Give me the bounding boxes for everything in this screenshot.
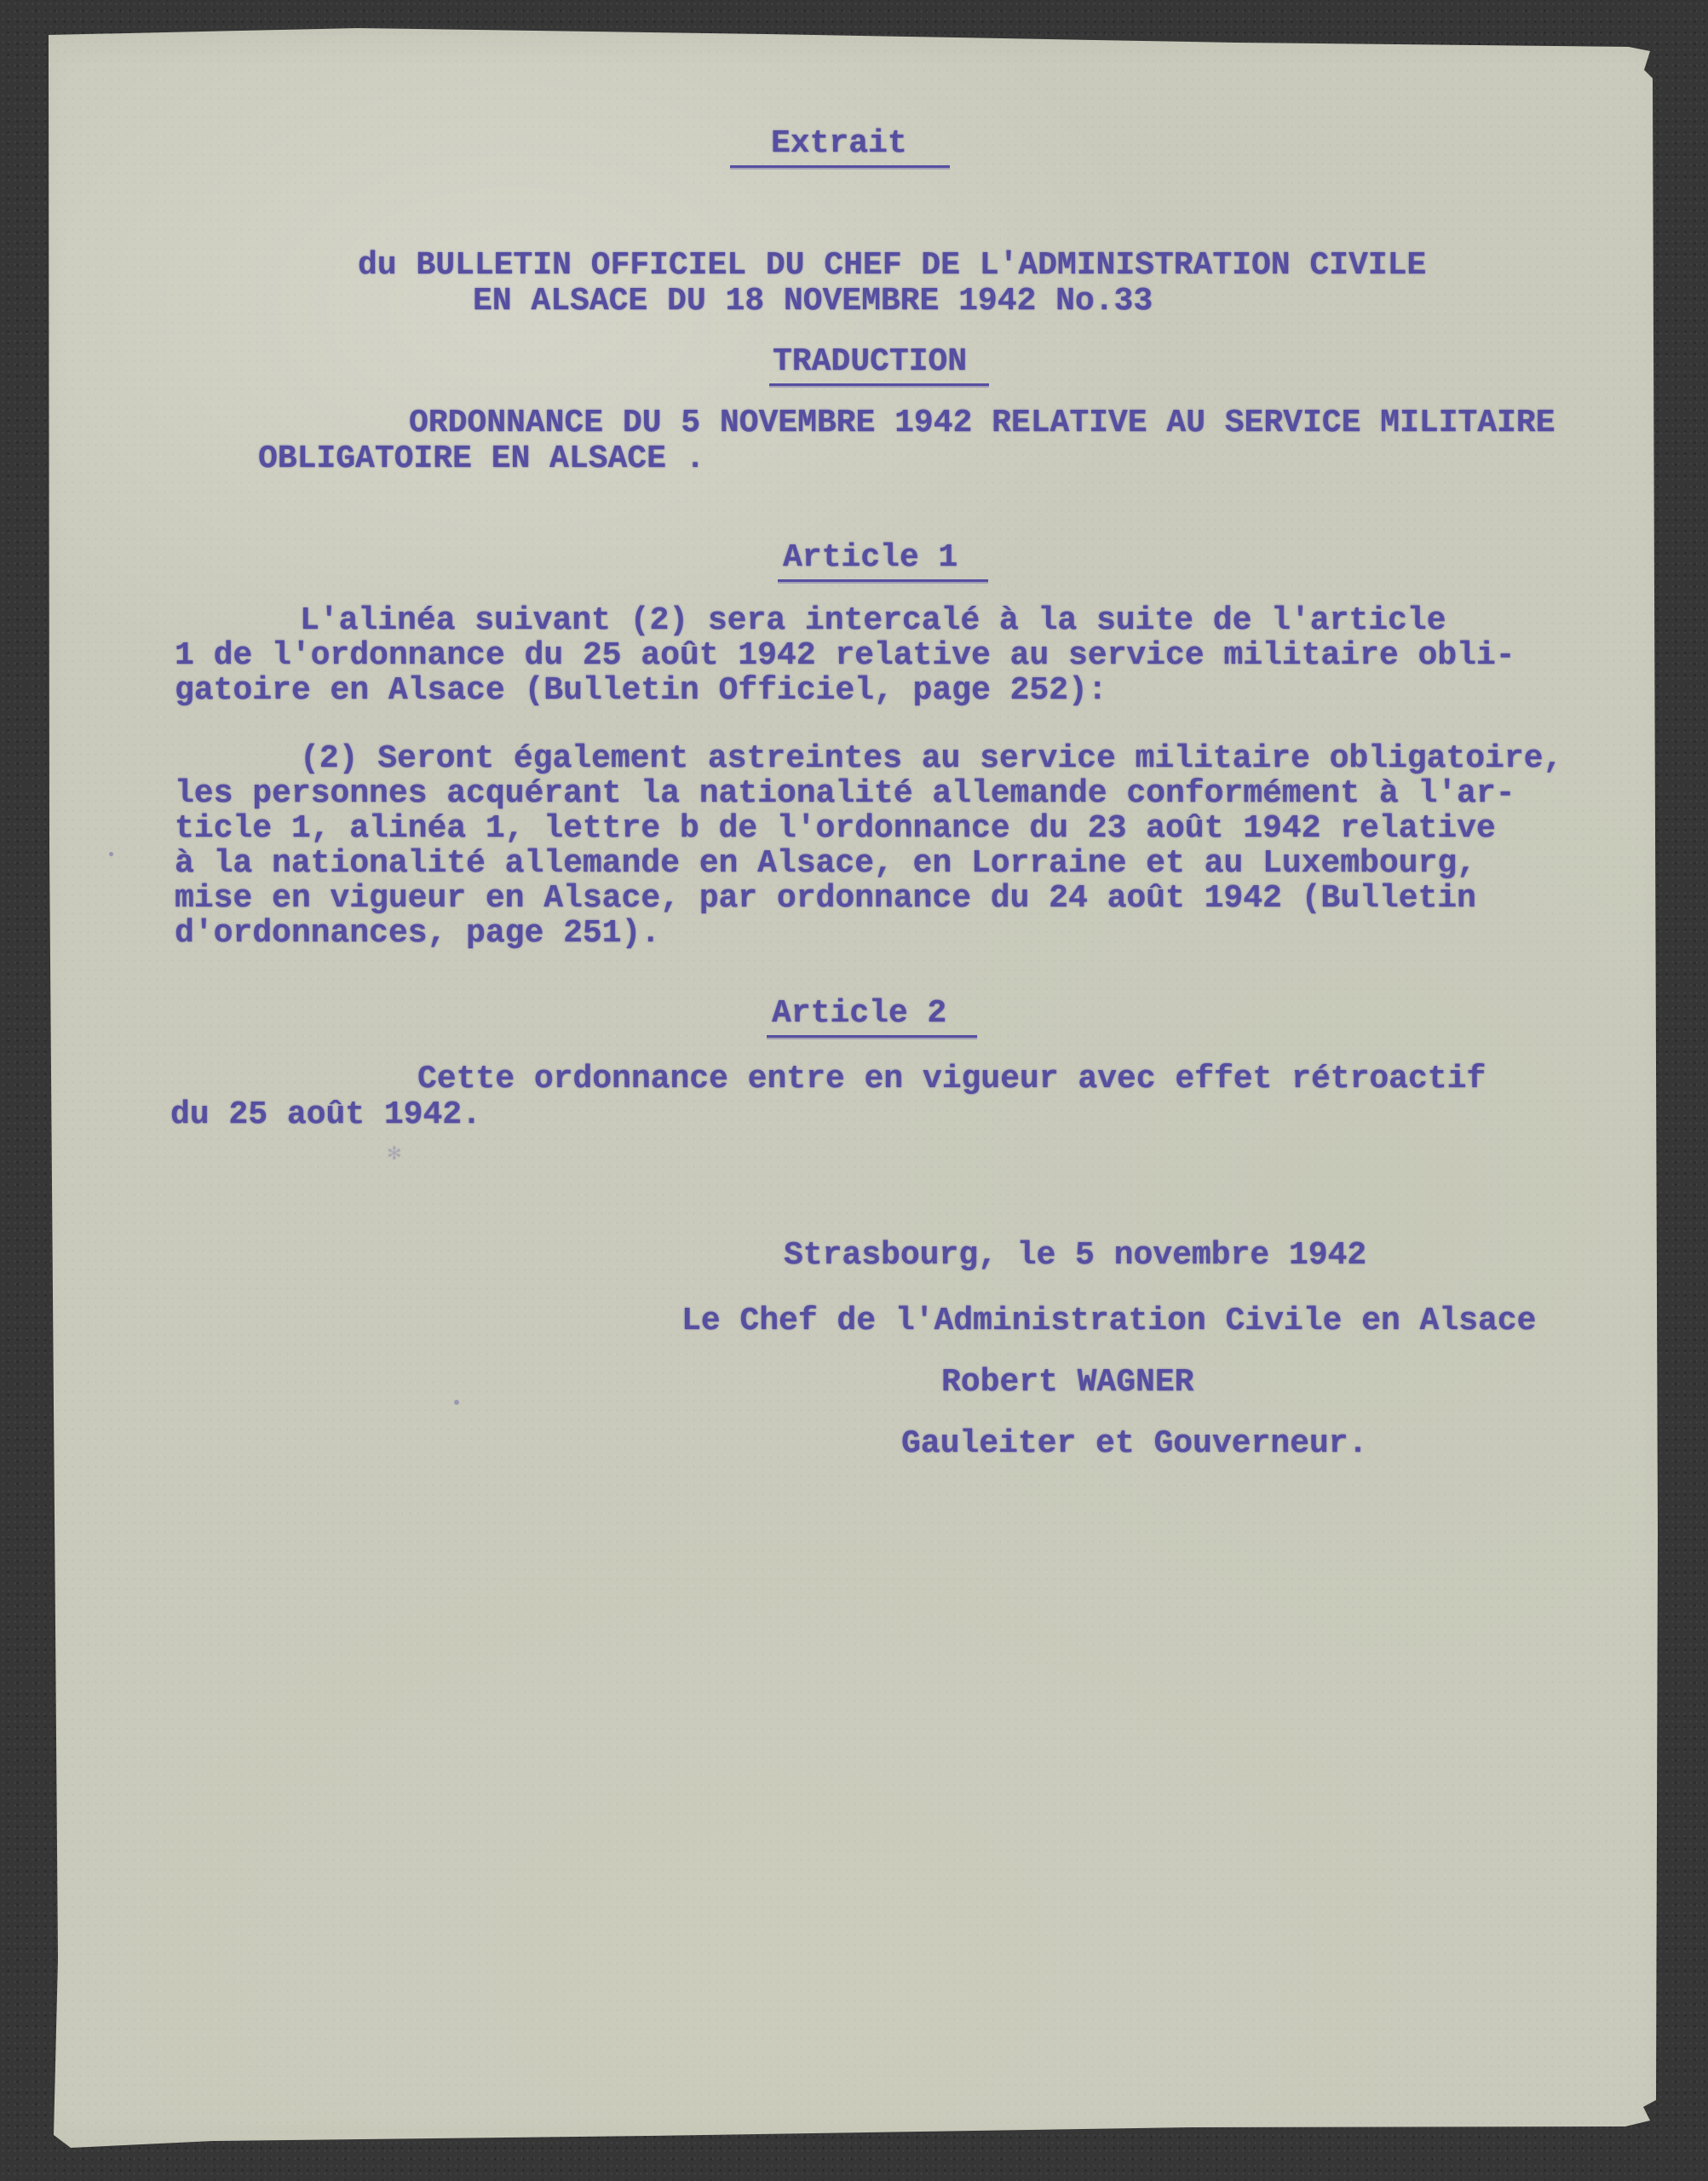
article-1-paragraph-1-line: gatoire en Alsace (Bulletin Officiel, pa… [175,675,1107,707]
article-2-paragraph-line: du 25 août 1942. [170,1099,481,1131]
ink-speck [454,1400,459,1405]
article-1-paragraph-2-line: à la nationalité allemande en Alsace, en… [175,848,1476,880]
document-title: Extrait [730,128,950,168]
signature-name: Robert WAGNER [941,1367,1193,1399]
ink-smudge: ✻ [388,1140,401,1166]
article-2-paragraph-line: Cette ordonnance entre en vigueur avec e… [417,1063,1486,1096]
article-1-paragraph-1-line: L'alinéa suivant (2) sera intercalé à la… [300,605,1446,637]
ink-speck [109,852,113,856]
article-2-heading: Article 2 [767,998,977,1038]
signature-office: Le Chef de l'Administration Civile en Al… [681,1305,1536,1338]
subject-line-2: OBLIGATOIRE EN ALSACE . [258,443,705,475]
article-1-paragraph-2-line: mise en vigueur en Alsace, par ordonnanc… [175,883,1476,915]
subject-line-1: ORDONNANCE DU 5 NOVEMBRE 1942 RELATIVE A… [409,407,1555,440]
article-1-paragraph-2-line: les personnes acquérant la nationalité a… [175,778,1515,810]
section-label: TRADUCTION [769,346,989,386]
article-1-heading: Article 1 [778,542,988,582]
source-line-2: EN ALSACE DU 18 NOVEMBRE 1942 No.33 [473,285,1153,318]
source-line-1: du BULLETIN OFFICIEL DU CHEF DE L'ADMINI… [358,250,1426,282]
signature-title: Gauleiter et Gouverneur. [901,1428,1367,1460]
scanned-document-page: Extrait du BULLETIN OFFICIEL DU CHEF DE … [0,0,1708,2181]
signature-place-date: Strasbourg, le 5 novembre 1942 [784,1240,1366,1272]
article-1-paragraph-2-line: ticle 1, alinéa 1, lettre b de l'ordonna… [175,813,1496,845]
article-1-paragraph-1-line: 1 de l'ordonnance du 25 août 1942 relati… [175,640,1515,672]
article-1-paragraph-2-line: (2) Seront également astreintes au servi… [300,743,1562,775]
article-1-paragraph-2-line: d'ordonnances, page 251). [175,918,660,950]
